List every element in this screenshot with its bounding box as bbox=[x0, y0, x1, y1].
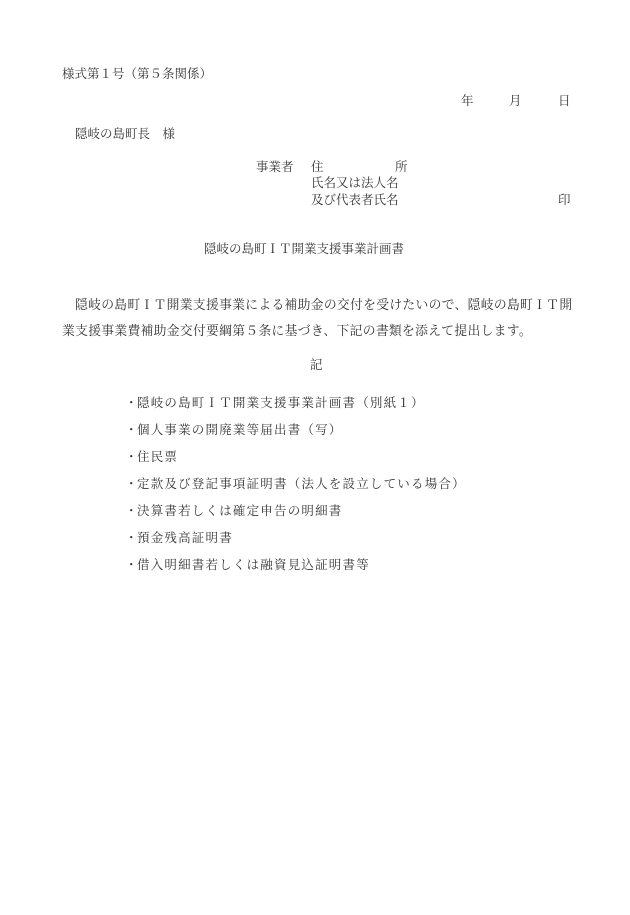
bullet-icon: ・ bbox=[125, 504, 137, 518]
list-item: ・定款及び登記事項証明書（法人を設立している場合） bbox=[125, 477, 466, 504]
document-title: 隠岐の島町ＩＴ開業支援事業計画書 bbox=[204, 243, 404, 256]
date-day-label: 日 bbox=[558, 95, 571, 108]
bullet-icon: ・ bbox=[125, 558, 137, 572]
name-label: 氏名又は法人名 bbox=[311, 177, 399, 190]
date-month-label: 月 bbox=[509, 95, 522, 108]
date-year-label: 年 bbox=[461, 95, 474, 108]
ki-heading: 記 bbox=[310, 359, 323, 372]
list-item: ・隠岐の島町ＩＴ開業支援事業計画書（別紙１） bbox=[125, 396, 466, 423]
bullet-icon: ・ bbox=[125, 477, 137, 491]
list-item: ・住民票 bbox=[125, 450, 466, 477]
body-paragraph: 隠岐の島町ＩＴ開業支援事業による補助金の交付を受けたいので、隠岐の島町ＩＴ開業支… bbox=[62, 293, 577, 345]
list-item: ・預金残高証明書 bbox=[125, 531, 466, 558]
bullet-icon: ・ bbox=[125, 531, 137, 545]
list-item: ・個人事業の開廃業等届出書（写） bbox=[125, 423, 466, 450]
bullet-icon: ・ bbox=[125, 396, 137, 410]
list-item: ・借入明細書若しくは融資見込証明書等 bbox=[125, 558, 466, 585]
address-label-second: 所 bbox=[395, 161, 408, 174]
recipient: 隠岐の島町長 様 bbox=[75, 128, 175, 141]
applicant-role-label: 事業者 bbox=[256, 161, 294, 174]
attachment-list: ・隠岐の島町ＩＴ開業支援事業計画書（別紙１） ・個人事業の開廃業等届出書（写） … bbox=[125, 396, 466, 585]
form-number: 様式第１号（第５条関係） bbox=[62, 68, 212, 81]
seal-label: 印 bbox=[558, 194, 571, 207]
representative-label: 及び代表者氏名 bbox=[311, 194, 399, 207]
bullet-icon: ・ bbox=[125, 450, 137, 464]
bullet-icon: ・ bbox=[125, 423, 137, 437]
list-item: ・決算書若しくは確定申告の明細書 bbox=[125, 504, 466, 531]
address-label-first: 住 bbox=[311, 161, 324, 174]
